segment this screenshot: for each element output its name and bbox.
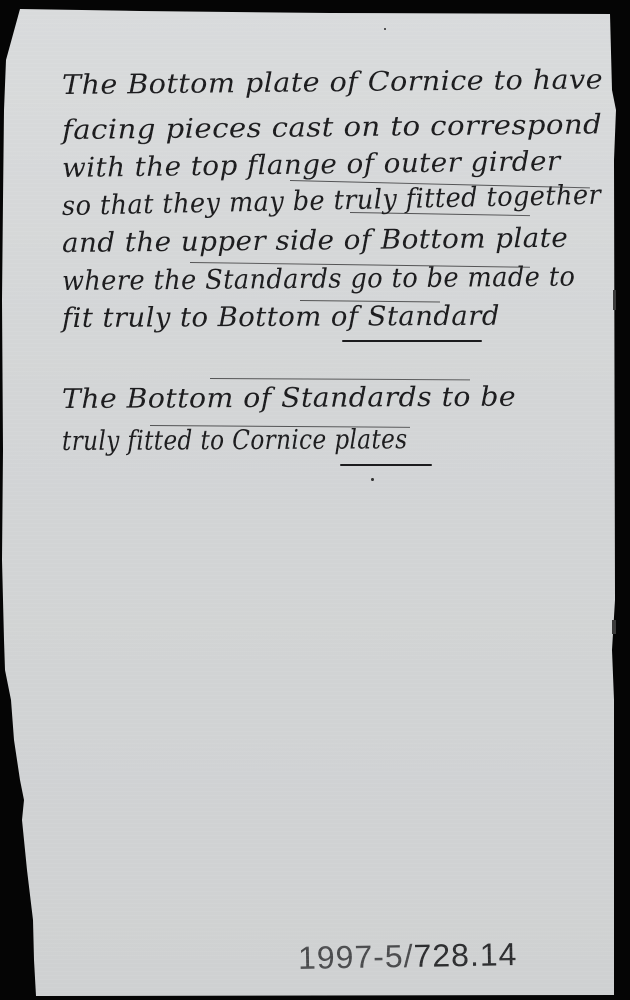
document-scan: The Bottom plate of Cornice to have faci…	[0, 0, 630, 1000]
accession-number: 1997-5/728.14	[298, 936, 518, 977]
edge-tear-mark	[612, 620, 616, 634]
handwritten-line: The Bottom plate of Cornice to have	[62, 66, 603, 99]
underline-standard	[342, 340, 482, 342]
ink-speck	[371, 478, 374, 481]
handwritten-line: with the top flange of outer girder	[62, 148, 561, 182]
pen-stroke	[210, 378, 470, 380]
underline-cornice-plates	[340, 464, 432, 466]
accession-number-part-a: 1997-5/	[298, 938, 414, 976]
edge-tear-mark	[613, 290, 616, 310]
ink-speck	[384, 28, 386, 30]
handwritten-line: facing pieces cast on to correspond	[62, 111, 602, 144]
handwritten-line: The Bottom of Standards to be	[62, 384, 516, 413]
handwritten-line: and the upper side of Bottom plate	[62, 225, 568, 257]
handwritten-line: fit truly to Bottom of Standard	[62, 303, 500, 332]
handwritten-line: truly fitted to Cornice plates	[62, 426, 408, 455]
manuscript-page: The Bottom plate of Cornice to have faci…	[0, 0, 630, 1000]
accession-number-part-b: 728.14	[413, 936, 517, 974]
handwritten-line: where the Standards go to be made to	[62, 264, 575, 295]
